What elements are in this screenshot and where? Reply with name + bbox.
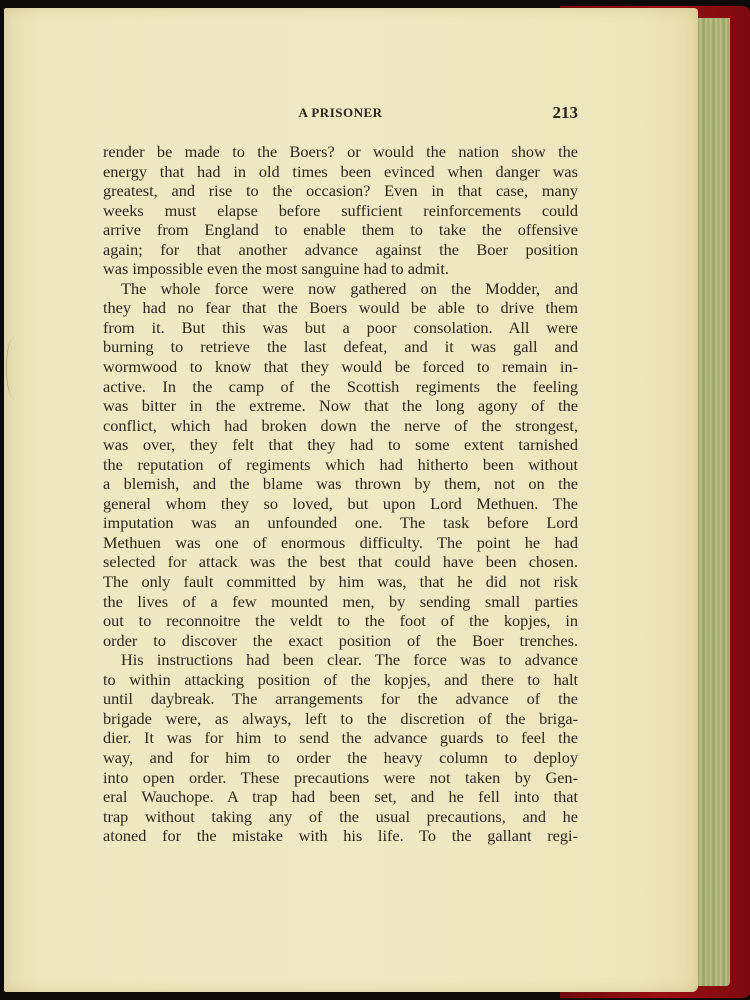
text-line: was over, they felt that they had to som…: [103, 435, 578, 455]
text-line: energy that had in old times been evince…: [103, 162, 578, 182]
text-line: to within attacking position of the kopj…: [103, 670, 578, 690]
text-line: active. In the camp of the Scottish regi…: [103, 377, 578, 397]
text-line: The whole force were now gathered on the…: [103, 279, 578, 299]
text-line: imputation was an unfounded one. The tas…: [103, 513, 578, 533]
text-line: was impossible even the most sanguine ha…: [103, 259, 578, 279]
text-line: burning to retrieve the last defeat, and…: [103, 337, 578, 357]
text-line: way, and for him to order the heavy colu…: [103, 748, 578, 768]
page-header: A PRISONER 213: [103, 105, 578, 127]
text-line: wormwood to know that they would be forc…: [103, 357, 578, 377]
text-line: eral Wauchope. A trap had been set, and …: [103, 787, 578, 807]
text-line: they had no fear that the Boers would be…: [103, 298, 578, 318]
running-title: A PRISONER: [103, 105, 578, 121]
text-line: greatest, and rise to the occasion? Even…: [103, 181, 578, 201]
text-line: a blemish, and the blame was thrown by t…: [103, 474, 578, 494]
text-line: dier. It was for him to send the advance…: [103, 728, 578, 748]
text-line: into open order. These precautions were …: [103, 768, 578, 788]
paper-crease-mark: [6, 338, 21, 398]
text-line: general whom they so loved, but upon Lor…: [103, 494, 578, 514]
text-line: was bitter in the extreme. Now that the …: [103, 396, 578, 416]
text-line: render be made to the Boers? or would th…: [103, 142, 578, 162]
text-line: again; for that another advance against …: [103, 240, 578, 260]
text-line: Methuen was one of enormous difficulty. …: [103, 533, 578, 553]
text-line: conflict, which had broken down the nerv…: [103, 416, 578, 436]
text-line: The only fault committed by him was, tha…: [103, 572, 578, 592]
body-text: render be made to the Boers? or would th…: [103, 142, 578, 846]
text-line: until daybreak. The arrangements for the…: [103, 689, 578, 709]
text-line: the lives of a few mounted men, by sendi…: [103, 592, 578, 612]
text-line: out to reconnoitre the veldt to the foot…: [103, 611, 578, 631]
text-line: brigade were, as always, left to the dis…: [103, 709, 578, 729]
text-line: the reputation of regiments which had hi…: [103, 455, 578, 475]
text-line: order to discover the exact position of …: [103, 631, 578, 651]
text-line: His instructions had been clear. The for…: [103, 650, 578, 670]
text-line: selected for attack was the best that co…: [103, 552, 578, 572]
text-line: weeks must elapse before sufficient rein…: [103, 201, 578, 221]
text-line: atoned for the mistake with his life. To…: [103, 826, 578, 846]
text-line: from it. But this was but a poor consola…: [103, 318, 578, 338]
page-number: 213: [553, 103, 579, 123]
text-line: arrive from England to enable them to ta…: [103, 220, 578, 240]
text-line: trap without taking any of the usual pre…: [103, 807, 578, 827]
